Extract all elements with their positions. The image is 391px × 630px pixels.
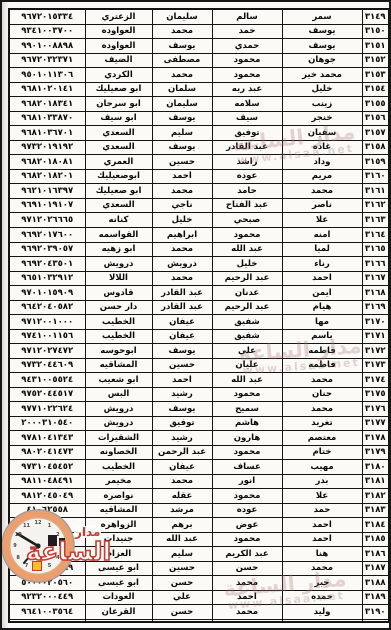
cell-first: ناصر bbox=[282, 198, 362, 213]
cell-grandfather: مصطفى bbox=[152, 53, 212, 68]
table-row: ٣١٥٦خنجرسيفيوسفابو سيف٩٦٨١٠٣٣٨٧٠ bbox=[9, 111, 389, 126]
cell-id: ٣١٧٨ bbox=[362, 431, 389, 446]
clock-number: 9 bbox=[13, 543, 16, 549]
cell-phone: ٩٤٣١٠٠٥٥٢٤ bbox=[9, 373, 85, 388]
table-row: ٣١٨٢علامحمودعقلهنواصره٩٨١٢٠٤٥٠٤٩ bbox=[9, 489, 389, 504]
cell-first: ختام bbox=[282, 445, 362, 460]
cell-father: سميح bbox=[212, 402, 282, 417]
cell-first: محمد خير bbox=[282, 68, 362, 83]
table-row: ٣١٧٩ختاممحمودعبد الرحمنالخصاونه٩٨٠٢٠٤١٤٧… bbox=[9, 445, 389, 460]
cell-first: معتصم bbox=[282, 431, 362, 446]
cell-family: قادوس bbox=[85, 286, 152, 301]
cell-phone bbox=[9, 619, 85, 622]
cell-grandfather: محمد bbox=[152, 271, 212, 286]
cell-phone: ٩٦٨١٠٢٠١٤١ bbox=[9, 82, 85, 97]
table-row: ٣١٧٧تغريدهاشمتوفيقدرويش٢٠٠٠٣١٠٥٤٠ bbox=[9, 416, 389, 431]
cell-id: ٣١٧٧ bbox=[362, 416, 389, 431]
table-row: ٣١٥٤خليلعبد ربهسلمانابو صعيليك٩٦٨١٠٢٠١٤١ bbox=[9, 82, 389, 97]
cell-phone: ٩٧١٢٠٢٦٦٦٥ bbox=[9, 213, 85, 228]
cell-id: ٣١٥٨ bbox=[362, 140, 389, 155]
cell-grandfather: محمد bbox=[152, 474, 212, 489]
table-row: ٣١٦٩هيامعبد الرحيمعبد القادردار حسن٩٦٤٢٠… bbox=[9, 300, 389, 315]
cell-id: ٣١٦٢ bbox=[362, 198, 389, 213]
cell-grandfather: سليم bbox=[152, 126, 212, 141]
cell-father: محمود bbox=[212, 387, 282, 402]
cell-grandfather: عبد الله bbox=[152, 532, 212, 547]
cell-first: محمد bbox=[282, 373, 362, 388]
clock-number: 10 bbox=[15, 532, 22, 538]
cell-grandfather bbox=[152, 619, 212, 622]
cell-family: العمري bbox=[85, 155, 152, 170]
table-row: ٣١٨٩حمدهاحمدعليالعودات٩٢٣٢٠٠٠٤٤٩ bbox=[9, 590, 389, 605]
cell-father: عبد الله bbox=[212, 242, 282, 257]
cell-first: امنه bbox=[282, 228, 362, 243]
cell-family: ابوصعيليك bbox=[85, 169, 152, 184]
cell-id: ٣١٨٦ bbox=[362, 547, 389, 562]
table-row: ٣١٦٢ناصرعبد الفتاحناجيالسعدي٩٦٩١٠١٩١٠٧ bbox=[9, 198, 389, 213]
cell-father: عبد الرحيم bbox=[212, 271, 282, 286]
cell-first: جوهان bbox=[282, 53, 362, 68]
cell-id: ٣١٥٧ bbox=[362, 126, 389, 141]
cell-family: الزعتري bbox=[85, 9, 152, 24]
table-row: ٣١٦٠مريمعودهاحمدابوصعيليك٩٦٨٢٠١٨٢٠١ bbox=[9, 169, 389, 184]
cell-family: مخيمر bbox=[85, 474, 152, 489]
cell-first: علا bbox=[282, 489, 362, 504]
cell-family: الشقيرات bbox=[85, 431, 152, 446]
cell-id: ٣١٨٤ bbox=[362, 518, 389, 533]
cell-family: السعدي bbox=[85, 140, 152, 155]
cell-first: محمد bbox=[282, 561, 362, 576]
cell-father: حمدي bbox=[212, 39, 282, 54]
cell-grandfather: عيفان bbox=[152, 315, 212, 330]
cell-first: تغريد bbox=[282, 416, 362, 431]
cell-family: السعدي bbox=[85, 126, 152, 141]
cell-id: ٣١٩٠ bbox=[362, 605, 389, 620]
cell-id: ٣١٦٠ bbox=[362, 169, 389, 184]
cell-first: باسم bbox=[282, 329, 362, 344]
cell-phone: ٩٧٧١٠٢٢٦٢٤ bbox=[9, 402, 85, 417]
cell-first: رناء bbox=[282, 257, 362, 272]
cell-phone: ٩٧٤١٠٠١١٥٦ bbox=[9, 329, 85, 344]
cell-family: الضيف bbox=[85, 53, 152, 68]
cell-id: ٣١٨٥ bbox=[362, 532, 389, 547]
cell-grandfather: عقله bbox=[152, 489, 212, 504]
cell-family: المشاقيه bbox=[85, 503, 152, 518]
cell-grandfather: حسين bbox=[152, 358, 212, 373]
cell-family: ابو شعيب bbox=[85, 373, 152, 388]
cell-id: ٣١٦٣ bbox=[362, 213, 389, 228]
cell-family bbox=[85, 619, 152, 622]
cell-family: ابو صعيليك bbox=[85, 82, 152, 97]
cell-id: ٣١٥٦ bbox=[362, 111, 389, 126]
cell-family: القرعان bbox=[85, 605, 152, 620]
cell-id: ٣١٧٩ bbox=[362, 445, 389, 460]
cell-id: ٣١٥٩ bbox=[362, 155, 389, 170]
cell-phone: ٩٧١٢٠٢٧٤٧٢ bbox=[9, 344, 85, 359]
cell-phone: ٩٨١١٠٤٨٤٩١ bbox=[9, 474, 85, 489]
cell-first: محمد bbox=[282, 184, 362, 199]
cell-id: ٣١٨٠ bbox=[362, 460, 389, 475]
cell-id: ٣١٦٧ bbox=[362, 271, 389, 286]
cell-phone: ٩٦٩٢٠٣٩٠٥٧ bbox=[9, 242, 85, 257]
cell-first: مريم bbox=[282, 169, 362, 184]
table-row: ٣١٥٩ودادراشدحسينالعمري٩٦٨٢٠١٨٠٨١ bbox=[9, 155, 389, 170]
cell-phone: ٩٦٩١٠١٩١٠٧ bbox=[9, 198, 85, 213]
cell-id: ٣١٨٨ bbox=[362, 576, 389, 591]
cell-first: خليل bbox=[282, 82, 362, 97]
cell-father: محمد bbox=[212, 576, 282, 591]
cell-first: احمد bbox=[282, 271, 362, 286]
cell-family: الخطيب bbox=[85, 315, 152, 330]
cell-phone: ٩٦٢١٠١٦٣٩٧ bbox=[9, 184, 85, 199]
cell-father: علي bbox=[212, 344, 282, 359]
cell-grandfather: عيفان bbox=[152, 329, 212, 344]
cell-id: ٣١٥١ bbox=[362, 39, 389, 54]
cell-father: سالم bbox=[212, 9, 282, 24]
cell-first: سمر bbox=[282, 9, 362, 24]
cell-first: احمد bbox=[282, 518, 362, 533]
cell-first: حمد bbox=[282, 503, 362, 518]
table-row: ٣١٦٣علاصبحيخليلكنانه٩٧١٢٠٢٦٦٦٥ bbox=[9, 213, 389, 228]
cell-grandfather: حسين bbox=[152, 155, 212, 170]
cell-father: عبد الله bbox=[212, 373, 282, 388]
cell-family: المشاقيه bbox=[85, 358, 152, 373]
cell-phone: ٩٧٠١٠١٥٩٠٩ bbox=[9, 286, 85, 301]
cell-first: ايمن bbox=[282, 286, 362, 301]
cell-father: عبد الرحيم bbox=[212, 300, 282, 315]
cell-father: حمد bbox=[212, 24, 282, 39]
cell-id: ٣١٥٢ bbox=[362, 53, 389, 68]
cell-father: عبد الكريم bbox=[212, 547, 282, 562]
cell-first: حنان bbox=[282, 387, 362, 402]
cell-grandfather: سلمان bbox=[152, 82, 212, 97]
cell-first bbox=[282, 619, 362, 622]
cell-phone: ٩٥٠١٠١١٣٠٦ bbox=[9, 68, 85, 83]
cell-phone: ٩٦٧٢٠١٥٣٣٤ bbox=[9, 9, 85, 24]
cell-family: البس bbox=[85, 387, 152, 402]
cell-id: ٣١٧١ bbox=[362, 329, 389, 344]
cell-id: ٣١٧٦ bbox=[362, 402, 389, 417]
cell-grandfather: مرشد bbox=[152, 503, 212, 518]
cell-id: ٣١٥٥ bbox=[362, 97, 389, 112]
cell-family: ابوحوسه bbox=[85, 344, 152, 359]
cell-id: ٣١٨٧ bbox=[362, 561, 389, 576]
cell-phone: ٢٠٠٠٣١٠٥٤٠ bbox=[9, 416, 85, 431]
cell-father: محمود bbox=[212, 445, 282, 460]
cell-phone: ٩٢٣٢٠٠٠٤٤٩ bbox=[9, 590, 85, 605]
table-row: ٣١٦٨ايمنعدنانعبد القادرقادوس٩٧٠١٠١٥٩٠٩ bbox=[9, 286, 389, 301]
cell-phone: ٩٣٤١٠٠٣٧٠٠ bbox=[9, 24, 85, 39]
cell-father: عوده bbox=[212, 169, 282, 184]
cell-id: ٣١٥٣ bbox=[362, 68, 389, 83]
table-row bbox=[9, 619, 389, 622]
cell-grandfather: يوسف bbox=[152, 402, 212, 417]
cell-father: هارون bbox=[212, 431, 282, 446]
table-row: ٣١٥٠يوسفحمدمحمدالعواوده٩٣٤١٠٠٣٧٠٠ bbox=[9, 24, 389, 39]
cell-first: مهيب bbox=[282, 460, 362, 475]
cell-grandfather: حسين bbox=[152, 561, 212, 576]
cell-grandfather: احمد bbox=[152, 169, 212, 184]
cell-family: الخطيب bbox=[85, 460, 152, 475]
cell-grandfather: يوسف bbox=[152, 140, 212, 155]
cell-grandfather: رشيد bbox=[152, 387, 212, 402]
cell-first: هيام bbox=[282, 300, 362, 315]
cell-id: ٣١٦١ bbox=[362, 184, 389, 199]
cell-first: علا bbox=[282, 213, 362, 228]
cell-id: ٣١٧٥ bbox=[362, 387, 389, 402]
cell-father: محمود bbox=[212, 68, 282, 83]
cell-first: وداد bbox=[282, 155, 362, 170]
cell-grandfather: يوسف bbox=[152, 39, 212, 54]
table-row: ٣١٧٤محمدعبد اللهاحمدابو شعيب٩٤٣١٠٠٥٥٢٤ bbox=[9, 373, 389, 388]
cell-father bbox=[212, 619, 282, 622]
cell-father: حسن bbox=[212, 561, 282, 576]
table-row: ٣١٦١محمدحامدمحمدابو صعيليك٩٦٢١٠١٦٣٩٧ bbox=[9, 184, 389, 199]
cell-family: درويش bbox=[85, 257, 152, 272]
cell-father: عوض bbox=[212, 518, 282, 533]
cell-id: ٣١٦٨ bbox=[362, 286, 389, 301]
table-row: ٣١٥٢جوهانمحمودمصطفىالضيف٩٦٧٢٠٣٢٣٧١ bbox=[9, 53, 389, 68]
cell-phone: ٩٦٧٢٠٣٢٣٧١ bbox=[9, 53, 85, 68]
cell-father: هاشم bbox=[212, 416, 282, 431]
cell-grandfather: احمد bbox=[152, 373, 212, 388]
cell-father: شفيق bbox=[212, 329, 282, 344]
cell-family: درويش bbox=[85, 416, 152, 431]
table-row: ٣١٥٣محمد خيرمحمودمحمدالكردي٩٥٠١٠١١٣٠٦ bbox=[9, 68, 389, 83]
cell-father: محمد bbox=[212, 605, 282, 620]
table-row: ٣١٥٧سفيانتوفيقسليمالسعدي٩٦٨١٠٣٦٧٠١ bbox=[9, 126, 389, 141]
cell-grandfather: عبد الرحمن bbox=[152, 445, 212, 460]
cell-father: محمود bbox=[212, 228, 282, 243]
cell-family: نواصره bbox=[85, 489, 152, 504]
cell-father: راشد bbox=[212, 155, 282, 170]
cell-father: محمود bbox=[212, 53, 282, 68]
site-logo-text: مدار الساعة bbox=[24, 524, 124, 580]
cell-id bbox=[362, 619, 389, 622]
cell-father: عوده bbox=[212, 503, 282, 518]
cell-grandfather: ابراهيم bbox=[152, 228, 212, 243]
cell-father: عليان bbox=[212, 358, 282, 373]
cell-phone: ٩٧٨١٠٤١٣٤٣ bbox=[9, 431, 85, 446]
cell-family: ابو سرحان bbox=[85, 97, 152, 112]
cell-grandfather: محمد bbox=[152, 184, 212, 199]
table-row: ٣١٨٠مهيبعسافعيفانالخطيب٩٧٣١٠٤٥٤٥٢ bbox=[9, 460, 389, 475]
cell-grandfather: حسن bbox=[152, 576, 212, 591]
table-row: ٣١٦٤امنهمحمودابراهيمالقواسمه٩٦٩٢٠١٧٦٠٠ bbox=[9, 228, 389, 243]
cell-first: خنجر bbox=[282, 111, 362, 126]
cell-id: ٣١٦٩ bbox=[362, 300, 389, 315]
cell-phone: ٩٦٨٢٠١٨٠٨١ bbox=[9, 155, 85, 170]
table-row: ٣١٥٨غادهعبد القادريوسفالسعدي٩٧٣٢٠١٩١٩٢ bbox=[9, 140, 389, 155]
cell-father: محمود bbox=[212, 489, 282, 504]
cell-father: احمد bbox=[212, 590, 282, 605]
cell-grandfather: خليل bbox=[152, 213, 212, 228]
cell-first: محمد bbox=[282, 402, 362, 417]
cell-grandfather: سليمان bbox=[152, 9, 212, 24]
cell-family: القواسمه bbox=[85, 228, 152, 243]
cell-phone: ٩٦٨٢٠١٨٢٠١ bbox=[9, 169, 85, 184]
cell-phone: ٩٦٤١٠٠٣٥٦٤ bbox=[9, 605, 85, 620]
cell-grandfather: محمد bbox=[152, 68, 212, 83]
table-row: ٣١٧٥حنانمحمودرشيدالبس٩٧٥٢٠٤٤٥١٧ bbox=[9, 387, 389, 402]
cell-first: احمد bbox=[282, 532, 362, 547]
cell-father: محمود bbox=[212, 532, 282, 547]
cell-family: دار حسن bbox=[85, 300, 152, 315]
table-row: ٣١٧٠مهاشفيقعيفانالخطيب٩٧١٢٠٠١٠٠٠ bbox=[9, 315, 389, 330]
cell-family: درويش bbox=[85, 402, 152, 417]
cell-first: يوسف bbox=[282, 39, 362, 54]
cell-father: عبد القادر bbox=[212, 140, 282, 155]
cell-father: حامد bbox=[212, 184, 282, 199]
cell-first: هنا bbox=[282, 547, 362, 562]
cell-father: صبحي bbox=[212, 213, 282, 228]
cell-phone: ٩٧٣٢٠٤٤٦٠٩ bbox=[9, 358, 85, 373]
cell-id: ٣١٨٣ bbox=[362, 503, 389, 518]
cell-phone: ٩٦٨٢٠١٨٣٤١ bbox=[9, 97, 85, 112]
cell-first: مها bbox=[282, 315, 362, 330]
table-row: ٣١٨١بدرانورمحمدمخيمر٩٨١١٠٤٨٤٩١ bbox=[9, 474, 389, 489]
cell-grandfather: سليم bbox=[152, 547, 212, 562]
cell-phone: ٩٩٠١٠٠٨٨٩٨ bbox=[9, 39, 85, 54]
cell-grandfather: علي bbox=[152, 590, 212, 605]
cell-father: عبد الفتاح bbox=[212, 198, 282, 213]
cell-first: لميا bbox=[282, 242, 362, 257]
cell-first: فاطمه bbox=[282, 344, 362, 359]
cell-first: وليد bbox=[282, 605, 362, 620]
cell-grandfather: محمد bbox=[152, 242, 212, 257]
cell-phone: ٩٨١٢٠٤٥٠٤٩ bbox=[9, 489, 85, 504]
cell-phone: ٩٧١٢٠٠١٠٠٠ bbox=[9, 315, 85, 330]
logo-spark-mark bbox=[32, 561, 42, 571]
table-row: ٣١٧١باسمشفيقعيفانالخطيب٩٧٤١٠٠١١٥٦ bbox=[9, 329, 389, 344]
cell-family: ابو صعيليك bbox=[85, 184, 152, 199]
cell-phone: ٩٦٩٢٠٤٣٥٠١ bbox=[9, 257, 85, 272]
cell-father: انور bbox=[212, 474, 282, 489]
table-row: ٣١٥٥زينبسلامهسليمانابو سرحان٩٦٨٢٠١٨٣٤١ bbox=[9, 97, 389, 112]
cell-phone: ٩٨٠٢٠٤١٤٧٣ bbox=[9, 445, 85, 460]
cell-father: شفيق bbox=[212, 315, 282, 330]
table-row: ٣١٧٢فاطمهعلييوسفابوحوسه٩٧١٢٠٢٧٤٧٢ bbox=[9, 344, 389, 359]
cell-phone: ٩٦٨١٠٣٦٧٠١ bbox=[9, 126, 85, 141]
cell-father: سلامه bbox=[212, 97, 282, 112]
cell-phone: ٩٧٥٢٠٤٤٥١٧ bbox=[9, 387, 85, 402]
table-row: ٣١٧٣فاطمهعليانحسينالمشاقيه٩٧٣٢٠٤٤٦٠٩ bbox=[9, 358, 389, 373]
cell-first: بدر bbox=[282, 474, 362, 489]
cell-family: العودات bbox=[85, 590, 152, 605]
cell-id: ٣١٧٢ bbox=[362, 344, 389, 359]
cell-phone: ٩٦٩٢٠١٧٦٠٠ bbox=[9, 228, 85, 243]
cell-grandfather: يوسف bbox=[152, 111, 212, 126]
cell-grandfather: عبد القادر bbox=[152, 300, 212, 315]
table-row: ٣١٩٠وليدمحمدحسنالقرعان٩٦٤١٠٠٣٥٦٤ bbox=[9, 605, 389, 620]
cell-grandfather: محمد bbox=[152, 24, 212, 39]
cell-phone: ٩٦٤٢٠٤٠٥٨٢ bbox=[9, 300, 85, 315]
cell-id: ٣١٨١ bbox=[362, 474, 389, 489]
cell-first: يوسف bbox=[282, 24, 362, 39]
cell-id: ٣١٥٠ bbox=[362, 24, 389, 39]
cell-grandfather: عبد القادر bbox=[152, 286, 212, 301]
cell-father: سيف bbox=[212, 111, 282, 126]
cell-id: ٣١٥٤ bbox=[362, 82, 389, 97]
cell-id: ٣١٧٠ bbox=[362, 315, 389, 330]
cell-phone: ٩٧٣٢٠١٩١٩٢ bbox=[9, 140, 85, 155]
table-row: ٣١٦٧احمدعبد الرحيممحمداللالا٩٦٥١٠٣٢٩١٢ bbox=[9, 271, 389, 286]
cell-id: ٣١٧٤ bbox=[362, 373, 389, 388]
cell-grandfather: درويش bbox=[152, 257, 212, 272]
cell-first: زينب bbox=[282, 97, 362, 112]
table-row: ٣١٦٥لمياعبد اللهمحمدابو زهيه٩٦٩٢٠٣٩٠٥٧ bbox=[9, 242, 389, 257]
table-row: ٣١٧٨معتصمهارونرشيدالشقيرات٩٧٨١٠٤١٣٤٣ bbox=[9, 431, 389, 446]
cell-family: اللالا bbox=[85, 271, 152, 286]
cell-id: ٣١٦٤ bbox=[362, 228, 389, 243]
cell-grandfather: حسن bbox=[152, 605, 212, 620]
cell-family: السعدي bbox=[85, 198, 152, 213]
cell-first: حمده bbox=[282, 590, 362, 605]
cell-father: عدنان bbox=[212, 286, 282, 301]
cell-grandfather: عيفان bbox=[152, 460, 212, 475]
clock-number: 8 bbox=[16, 555, 19, 561]
cell-id: ٣١٤٩ bbox=[362, 9, 389, 24]
cell-id: ٣١٦٥ bbox=[362, 242, 389, 257]
cell-grandfather: سليمان bbox=[152, 97, 212, 112]
table-row: ٣١٦٦رناءخليلدرويشدرويش٩٦٩٢٠٤٣٥٠١ bbox=[9, 257, 389, 272]
cell-grandfather: يوسف bbox=[152, 344, 212, 359]
cell-family: الخطيب bbox=[85, 329, 152, 344]
cell-grandfather: توفيق bbox=[152, 416, 212, 431]
cell-father: خليل bbox=[212, 257, 282, 272]
cell-father: توفيق bbox=[212, 126, 282, 141]
cell-first: فاطمه bbox=[282, 358, 362, 373]
cell-first: غاده bbox=[282, 140, 362, 155]
cell-family: الكردي bbox=[85, 68, 152, 83]
cell-family: ابو سيف bbox=[85, 111, 152, 126]
cell-grandfather: رشيد bbox=[152, 431, 212, 446]
cell-family: الخصاونه bbox=[85, 445, 152, 460]
table-row: ٣١٥١يوسفحمدييوسفالعواوده٩٩٠١٠٠٨٨٩٨ bbox=[9, 39, 389, 54]
cell-phone: ٩٦٨١٠٣٣٨٧٠ bbox=[9, 111, 85, 126]
cell-id: ٣١٨٢ bbox=[362, 489, 389, 504]
table-row: ٣١٤٩سمرسالمسليمانالزعتري٩٦٧٢٠١٥٣٣٤ bbox=[9, 9, 389, 24]
cell-id: ٣١٨٩ bbox=[362, 590, 389, 605]
cell-phone: ٩٧٣١٠٤٥٤٥٢ bbox=[9, 460, 85, 475]
cell-phone: ٩٦٥١٠٣٢٩١٢ bbox=[9, 271, 85, 286]
cell-father: عبد ربه bbox=[212, 82, 282, 97]
cell-first: جبر bbox=[282, 576, 362, 591]
cell-family: ابو زهيه bbox=[85, 242, 152, 257]
cell-family: العواوده bbox=[85, 24, 152, 39]
cell-id: ٣١٦٦ bbox=[362, 257, 389, 272]
cell-grandfather: برهم bbox=[152, 518, 212, 533]
cell-family: العواوده bbox=[85, 39, 152, 54]
cell-father: عساف bbox=[212, 460, 282, 475]
cell-first: سفيان bbox=[282, 126, 362, 141]
cell-id: ٣١٧٣ bbox=[362, 358, 389, 373]
cell-grandfather: ناجي bbox=[152, 198, 212, 213]
table-row: ٣١٧٦محمدسميحيوسفدرويش٩٧٧١٠٢٢٦٢٤ bbox=[9, 402, 389, 417]
cell-family: كنانه bbox=[85, 213, 152, 228]
